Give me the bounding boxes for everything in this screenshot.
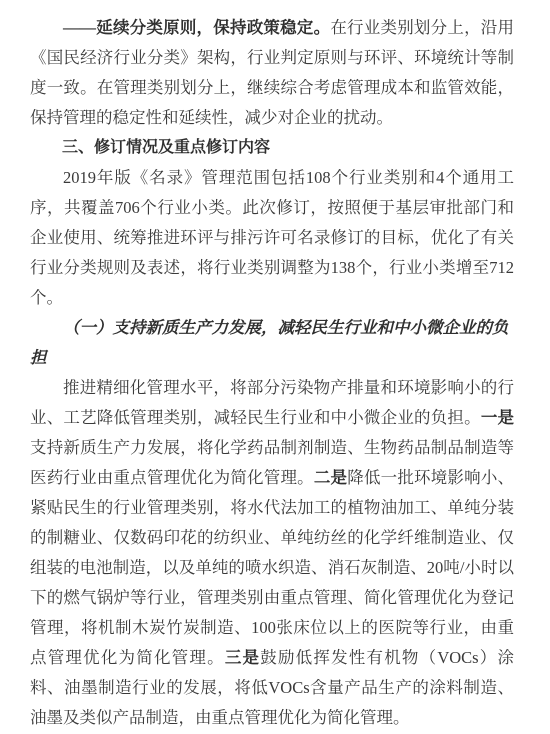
measures-item2-label: 二是 <box>314 468 347 487</box>
paragraph-measures: 推进精细化管理水平，将部分污染物产排量和环境影响小的行业、工艺降低管理类别，减轻… <box>30 373 514 733</box>
measures-item1-label: 一是 <box>481 408 514 427</box>
subsection-heading-new-productivity: （一）支持新质生产力发展，减轻民生行业和中小微企业的负担 <box>30 313 514 373</box>
paragraph-lead-bold: ——延续分类原则，保持政策稳定。 <box>63 18 330 37</box>
paragraph-revision-overview: 2019年版《名录》管理范围包括108个行业类别和4个通用工序，共覆盖706个行… <box>30 163 514 313</box>
measures-item2-text: 降低一批环境影响小、紧贴民生的行业管理类别，将水代法加工的植物油加工、单纯分装的… <box>30 468 514 667</box>
document-page: ——延续分类原则，保持政策稳定。在行业类别划分上，沿用《国民经济行业分类》架构，… <box>0 0 550 734</box>
section-heading-revision: 三、修订情况及重点修订内容 <box>30 133 514 163</box>
measures-item3-label: 三是 <box>225 648 260 667</box>
paragraph-policy-continuity: ——延续分类原则，保持政策稳定。在行业类别划分上，沿用《国民经济行业分类》架构，… <box>30 13 514 133</box>
measures-intro-text: 推进精细化管理水平，将部分污染物产排量和环境影响小的行业、工艺降低管理类别，减轻… <box>30 378 514 427</box>
